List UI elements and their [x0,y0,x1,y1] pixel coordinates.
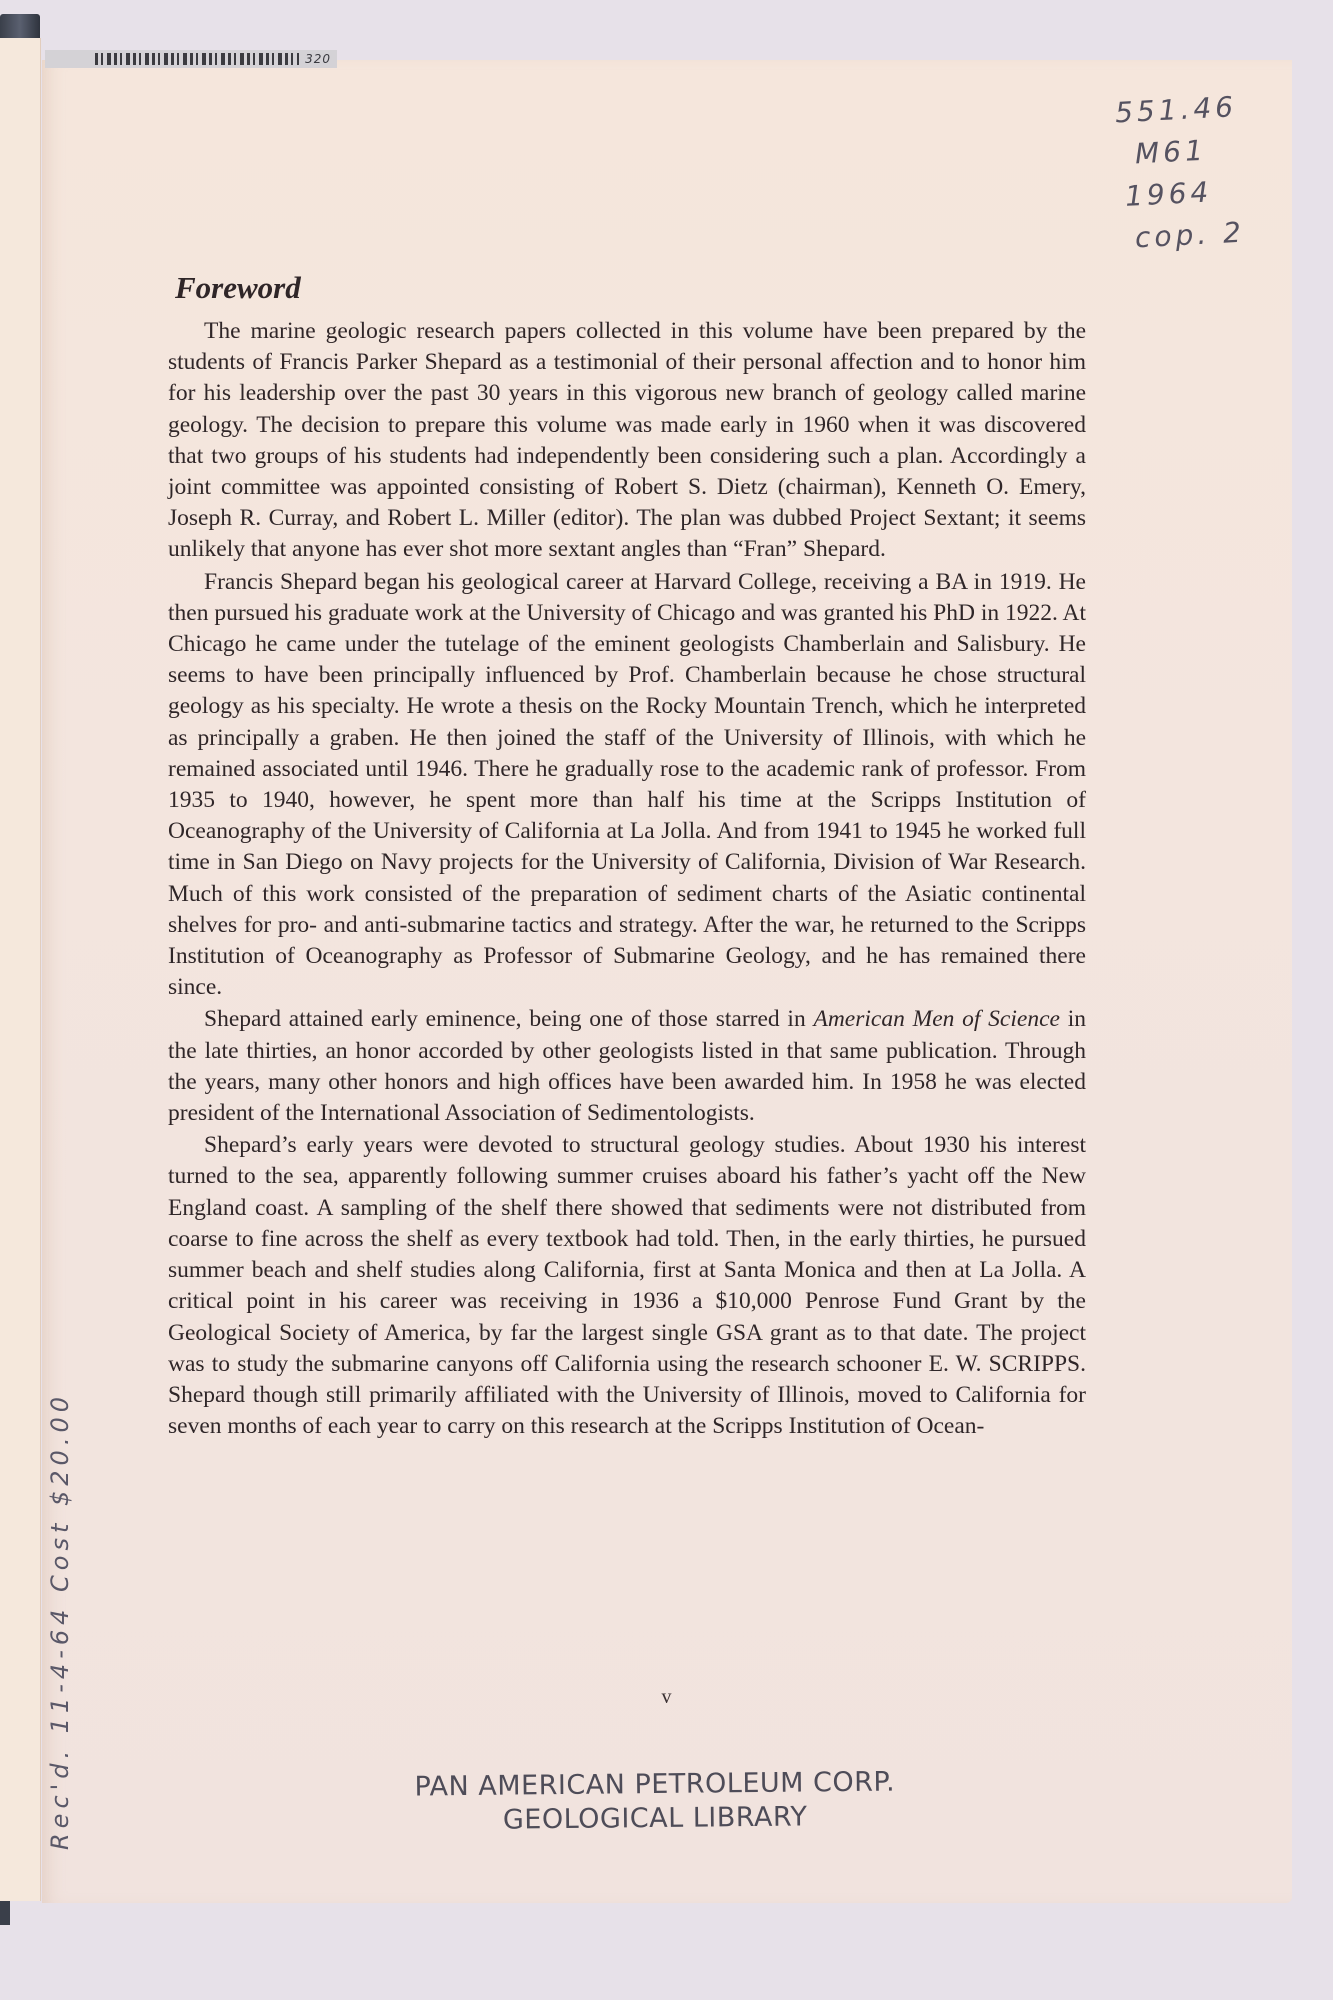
text-run: Shepard attained early eminence, being o… [204,1006,813,1032]
paragraph: Francis Shepard began his geological car… [168,567,1086,1004]
text-run: The marine geologic research papers coll… [168,318,1086,562]
handwritten-call-number: 551.46 M61 1964 cop. 2 [1115,88,1285,256]
call-number-line: cop. 2 [1114,210,1286,261]
library-stamp: PAN AMERICAN PETROLEUM CORP. GEOLOGICAL … [395,1765,916,1838]
flyleaf-edge [0,38,41,1901]
body-text: The marine geologic research papers coll… [168,316,1086,1442]
page-title: Foreword [175,270,301,306]
barcode-slip: 320 [45,50,337,68]
paragraph: Shepard’s early years were devoted to st… [168,1130,1086,1442]
handwritten-margin-note: Rec'd. 11-4-64 Cost $20.00 [46,1392,74,1850]
paragraph: Shepard attained early eminence, being o… [168,1004,1086,1129]
barcode-icon [95,53,299,65]
paragraph: The marine geologic research papers coll… [168,316,1086,566]
text-run: Shepard’s early years were devoted to st… [168,1132,1086,1439]
barcode-code: 320 [299,52,337,66]
stamp-line-2: GEOLOGICAL LIBRARY [395,1799,915,1838]
stamp-line-1: PAN AMERICAN PETROLEUM CORP. [395,1765,915,1804]
page-number: v [0,1686,1333,1709]
text-run: Francis Shepard began his geological car… [168,569,1086,1001]
italic-title: American Men of Science [813,1006,1059,1032]
